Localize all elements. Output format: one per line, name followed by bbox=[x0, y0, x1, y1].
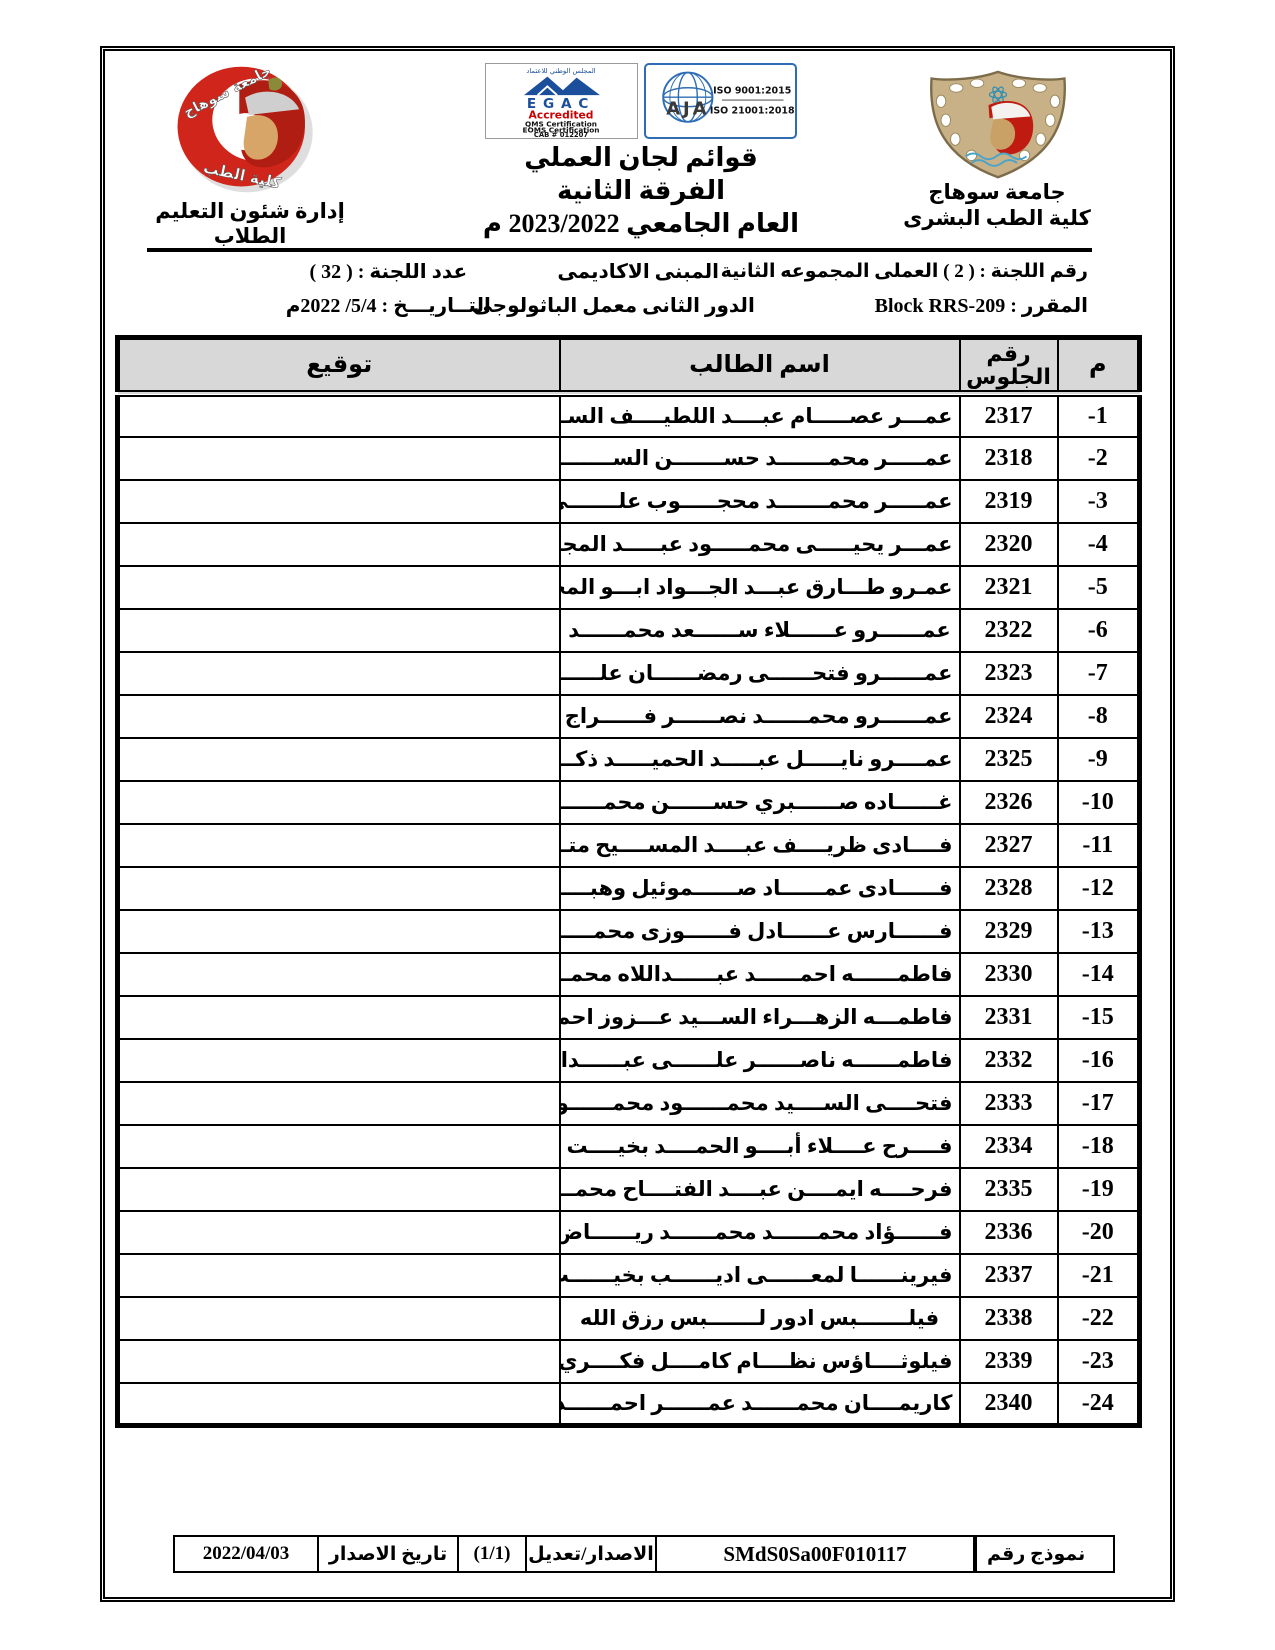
row-seat-number: 2322 bbox=[960, 609, 1058, 652]
table-header-row: م رقم الجلوس اسم الطالب توقيع bbox=[118, 338, 1140, 394]
table-row: -11 2327 فــــادى ظريــــف عبــــد المسـ… bbox=[118, 824, 1140, 867]
issue-value: (1/1) bbox=[457, 1535, 527, 1573]
table-row: -2 2318 عمـــــر محمـــــــد حســـــــن … bbox=[118, 437, 1140, 480]
row-seat-number: 2324 bbox=[960, 695, 1058, 738]
row-seat-number: 2331 bbox=[960, 996, 1058, 1039]
row-signature-cell bbox=[118, 1340, 560, 1383]
row-seat-number: 2326 bbox=[960, 781, 1058, 824]
row-seat-number: 2332 bbox=[960, 1039, 1058, 1082]
row-seat-number: 2323 bbox=[960, 652, 1058, 695]
row-student-name: عمـــر يحيـــــى محمـــــود عبـــــد الم… bbox=[560, 523, 960, 566]
row-signature-cell bbox=[118, 1297, 560, 1340]
row-student-name: فاطمـــه الزهـــراء الســـيد عـــزوز احم… bbox=[560, 996, 960, 1039]
row-seat-number: 2334 bbox=[960, 1125, 1058, 1168]
row-student-name: فيلوثــــاؤس نظــــام كامــــل فكــــري bbox=[560, 1340, 960, 1383]
row-signature-cell bbox=[118, 867, 560, 910]
row-number: -9 bbox=[1058, 738, 1140, 781]
form-code: SMdS0Sa00F010117 bbox=[655, 1535, 975, 1573]
issue-date-value: 2022/04/03 bbox=[173, 1535, 319, 1573]
table-row: -3 2319 عمـــــر محمـــــــد محجـــــوب … bbox=[118, 480, 1140, 523]
students-tbody: -1 2317 عمـــر عصـــــام عبــــد اللطيــ… bbox=[118, 394, 1140, 1426]
certification-logos: المجلس الوطني للاعتماد EGAC Accredited Q… bbox=[485, 63, 797, 139]
egac-logo: المجلس الوطني للاعتماد EGAC Accredited Q… bbox=[485, 63, 638, 139]
table-row: -6 2322 عمــــــرو عــــــلاء ســــــعد … bbox=[118, 609, 1140, 652]
row-number: -24 bbox=[1058, 1383, 1140, 1426]
table-row: -4 2320 عمـــر يحيـــــى محمـــــود عبــ… bbox=[118, 523, 1140, 566]
row-number: -1 bbox=[1058, 394, 1140, 437]
row-signature-cell bbox=[118, 910, 560, 953]
row-student-name: عمــــــرو عــــــلاء ســــــعد محمـــــ… bbox=[560, 609, 960, 652]
row-student-name: فاطمــــــه احمــــــد عبــــــداللاه مح… bbox=[560, 953, 960, 996]
table-row: -15 2331 فاطمـــه الزهـــراء الســـيد عـ… bbox=[118, 996, 1140, 1039]
row-signature-cell bbox=[118, 1254, 560, 1297]
sohag-university-shield-logo bbox=[918, 69, 1078, 181]
col-header-number: م bbox=[1058, 338, 1140, 394]
table-row: -10 2326 غــــــاده صــــــبري حســــــن… bbox=[118, 781, 1140, 824]
committee-count: عدد اللجنة : ( 32 ) bbox=[255, 257, 522, 287]
table-row: -20 2336 فــــــؤاد محمــــــد محمــــــ… bbox=[118, 1211, 1140, 1254]
egac-cab: CAB # 012207 bbox=[534, 131, 589, 139]
egac-pyramids-icon bbox=[524, 77, 600, 96]
row-student-name: فيرينــــــا لمعــــــى اديــــــب بخيــ… bbox=[560, 1254, 960, 1297]
row-seat-number: 2335 bbox=[960, 1168, 1058, 1211]
row-student-name: فــــادى ظريــــف عبــــد المســــيح متـ… bbox=[560, 824, 960, 867]
row-signature-cell bbox=[118, 996, 560, 1039]
row-signature-cell bbox=[118, 1211, 560, 1254]
table-row: -19 2335 فرحــــه ايمــــن عبــــد الفتـ… bbox=[118, 1168, 1140, 1211]
row-signature-cell bbox=[118, 652, 560, 695]
row-number: -20 bbox=[1058, 1211, 1140, 1254]
row-student-name: عمـــــر محمـــــــد محجـــــوب علــــــ… bbox=[560, 480, 960, 523]
row-student-name: عمــــــرو فتحــــــى رمضــــــان علــــ… bbox=[560, 652, 960, 695]
table-row: -9 2325 عمــــرو نايـــــل عبـــــد الحم… bbox=[118, 738, 1140, 781]
issue-date-label: تاريخ الاصدار bbox=[317, 1535, 459, 1573]
row-number: -10 bbox=[1058, 781, 1140, 824]
row-number: -8 bbox=[1058, 695, 1140, 738]
row-seat-number: 2340 bbox=[960, 1383, 1058, 1426]
row-signature-cell bbox=[118, 1125, 560, 1168]
aja-name: AJA bbox=[666, 98, 709, 119]
row-seat-number: 2339 bbox=[960, 1340, 1058, 1383]
committee-number: رقم اللجنة : ( 2 ) العملى المجموعه الثان… bbox=[755, 257, 1088, 287]
row-student-name: فاطمــــــه ناصــــــر علــــــى عبـــــ… bbox=[560, 1039, 960, 1082]
aja-logo: AJA ISO 9001:2015 ISO 21001:2018 bbox=[644, 63, 797, 139]
table-row: -7 2323 عمــــــرو فتحــــــى رمضــــــا… bbox=[118, 652, 1140, 695]
table-row: -18 2334 فــــرح عــــلاء أبــــو الحمــ… bbox=[118, 1125, 1140, 1168]
row-signature-cell bbox=[118, 738, 560, 781]
exam-info-block: رقم اللجنة : ( 2 ) العملى المجموعه الثان… bbox=[255, 257, 1088, 321]
row-signature-cell bbox=[118, 824, 560, 867]
form-footer: نموذج رقم SMdS0Sa00F010117 الاصدار/تعديل… bbox=[167, 1535, 1115, 1573]
col-header-name: اسم الطالب bbox=[560, 338, 960, 394]
row-number: -5 bbox=[1058, 566, 1140, 609]
table-row: -5 2321 عمـرو طـــارق عبـــد الجـــواد ا… bbox=[118, 566, 1140, 609]
university-caption: جامعة سوهاج كلية الطب البشرى bbox=[872, 179, 1122, 232]
row-seat-number: 2318 bbox=[960, 437, 1058, 480]
row-number: -16 bbox=[1058, 1039, 1140, 1082]
floor-location: الدور الثانى معمل الباثولوجى bbox=[522, 291, 755, 321]
row-signature-cell bbox=[118, 953, 560, 996]
row-seat-number: 2317 bbox=[960, 394, 1058, 437]
row-number: -3 bbox=[1058, 480, 1140, 523]
row-student-name: فــــرح عــــلاء أبــــو الحمــــد بخيــ… bbox=[560, 1125, 960, 1168]
row-student-name: فــــــؤاد محمــــــد محمــــــد ريـــــ… bbox=[560, 1211, 960, 1254]
row-seat-number: 2328 bbox=[960, 867, 1058, 910]
sohag-medicine-crescent-logo: جامعة سوهاج كلية الطب bbox=[153, 59, 343, 199]
row-student-name: عمـرو طـــارق عبـــد الجـــواد ابـــو ال… bbox=[560, 566, 960, 609]
row-number: -22 bbox=[1058, 1297, 1140, 1340]
row-seat-number: 2337 bbox=[960, 1254, 1058, 1297]
row-signature-cell bbox=[118, 394, 560, 437]
table-row: -14 2330 فاطمــــــه احمــــــد عبــــــ… bbox=[118, 953, 1140, 996]
row-seat-number: 2336 bbox=[960, 1211, 1058, 1254]
row-number: -7 bbox=[1058, 652, 1140, 695]
row-number: -15 bbox=[1058, 996, 1140, 1039]
row-signature-cell bbox=[118, 566, 560, 609]
row-number: -23 bbox=[1058, 1340, 1140, 1383]
row-number: -19 bbox=[1058, 1168, 1140, 1211]
row-student-name: غــــــاده صــــــبري حســــــن محمـــــ… bbox=[560, 781, 960, 824]
row-student-name: عمـــــر محمـــــــد حســـــــن الســـــ… bbox=[560, 437, 960, 480]
row-seat-number: 2327 bbox=[960, 824, 1058, 867]
row-signature-cell bbox=[118, 609, 560, 652]
col-header-signature: توقيع bbox=[118, 338, 560, 394]
row-number: -12 bbox=[1058, 867, 1140, 910]
row-signature-cell bbox=[118, 523, 560, 566]
row-signature-cell bbox=[118, 781, 560, 824]
aja-iso1: ISO 9001:2015 bbox=[713, 85, 791, 96]
building-name: المبنى الاكاديمى bbox=[522, 257, 755, 287]
row-seat-number: 2325 bbox=[960, 738, 1058, 781]
exam-date: التــاريـــخ : 5/4/ 2022م bbox=[255, 291, 522, 321]
row-number: -11 bbox=[1058, 824, 1140, 867]
table-row: -1 2317 عمـــر عصـــــام عبــــد اللطيــ… bbox=[118, 394, 1140, 437]
document-title-line2: الفرقة الثانية bbox=[435, 174, 847, 207]
row-signature-cell bbox=[118, 1039, 560, 1082]
university-name: جامعة سوهاج bbox=[872, 179, 1122, 205]
issue-label: الاصدار/تعديل bbox=[525, 1535, 657, 1573]
table-row: -24 2340 كاريمــــان محمــــــد عمــــــ… bbox=[118, 1383, 1140, 1426]
row-signature-cell bbox=[118, 1383, 560, 1426]
row-student-name: عمـــر عصـــــام عبــــد اللطيــــف السـ… bbox=[560, 394, 960, 437]
table-row: -13 2329 فــــــارس عــــــادل فــــــوز… bbox=[118, 910, 1140, 953]
table-row: -16 2332 فاطمــــــه ناصــــــر علــــــ… bbox=[118, 1039, 1140, 1082]
row-number: -13 bbox=[1058, 910, 1140, 953]
course-name: المقرر : Block RRS-209 bbox=[755, 291, 1088, 321]
row-seat-number: 2338 bbox=[960, 1297, 1058, 1340]
col-header-seat: رقم الجلوس bbox=[960, 338, 1058, 394]
aja-iso2: ISO 21001:2018 bbox=[710, 105, 795, 116]
row-seat-number: 2330 bbox=[960, 953, 1058, 996]
row-seat-number: 2329 bbox=[960, 910, 1058, 953]
table-row: -23 2339 فيلوثــــاؤس نظــــام كامــــل … bbox=[118, 1340, 1140, 1383]
table-row: -21 2337 فيرينــــــا لمعــــــى اديــــ… bbox=[118, 1254, 1140, 1297]
row-signature-cell bbox=[118, 480, 560, 523]
faculty-name: كلية الطب البشرى bbox=[872, 205, 1122, 231]
form-number-label: نموذج رقم bbox=[975, 1535, 1115, 1573]
row-signature-cell bbox=[118, 437, 560, 480]
document-title-line3: العام الجامعي 2023/2022 م bbox=[435, 207, 847, 240]
row-number: -17 bbox=[1058, 1082, 1140, 1125]
page-border-frame: جامعة سوهاج كلية الطب إدارة شئون التعليم… bbox=[100, 46, 1175, 1602]
row-student-name: فــــــادى عمــــــاد صــــــموئيل وهبــ… bbox=[560, 867, 960, 910]
row-student-name: فتحــــى الســــيد محمــــــود محمــــــ… bbox=[560, 1082, 960, 1125]
row-signature-cell bbox=[118, 1082, 560, 1125]
student-affairs-caption: إدارة شئون التعليم الطلاب bbox=[125, 199, 375, 249]
egac-arc-text: المجلس الوطني للاعتماد bbox=[526, 67, 595, 75]
document-title-line1: قوائم لجان العملي bbox=[435, 141, 847, 174]
table-row: -17 2333 فتحــــى الســــيد محمــــــود … bbox=[118, 1082, 1140, 1125]
row-student-name: فرحــــه ايمــــن عبــــد الفتــــاح محم… bbox=[560, 1168, 960, 1211]
row-seat-number: 2333 bbox=[960, 1082, 1058, 1125]
row-student-name: فيلـــــــبس ادور لـــــــبس رزق الله bbox=[560, 1297, 960, 1340]
row-seat-number: 2320 bbox=[960, 523, 1058, 566]
row-student-name: فــــــارس عــــــادل فــــــوزى محمــــ… bbox=[560, 910, 960, 953]
row-signature-cell bbox=[118, 695, 560, 738]
row-student-name: عمــــرو نايـــــل عبـــــد الحميـــــد … bbox=[560, 738, 960, 781]
row-student-name: كاريمــــان محمــــــد عمــــــر احمــــ… bbox=[560, 1383, 960, 1426]
row-number: -14 bbox=[1058, 953, 1140, 996]
row-seat-number: 2319 bbox=[960, 480, 1058, 523]
table-row: -22 2338 فيلـــــــبس ادور لـــــــبس رز… bbox=[118, 1297, 1140, 1340]
row-signature-cell bbox=[118, 1168, 560, 1211]
table-row: -8 2324 عمــــــرو محمــــــد نصــــــر … bbox=[118, 695, 1140, 738]
row-number: -6 bbox=[1058, 609, 1140, 652]
students-table: م رقم الجلوس اسم الطالب توقيع -1 2317 عم… bbox=[115, 335, 1142, 1428]
row-number: -21 bbox=[1058, 1254, 1140, 1297]
row-student-name: عمــــــرو محمــــــد نصــــــر فــــــر… bbox=[560, 695, 960, 738]
row-number: -18 bbox=[1058, 1125, 1140, 1168]
header-separator-line bbox=[147, 248, 1092, 252]
row-number: -2 bbox=[1058, 437, 1140, 480]
row-seat-number: 2321 bbox=[960, 566, 1058, 609]
row-number: -4 bbox=[1058, 523, 1140, 566]
table-row: -12 2328 فــــــادى عمــــــاد صــــــمو… bbox=[118, 867, 1140, 910]
